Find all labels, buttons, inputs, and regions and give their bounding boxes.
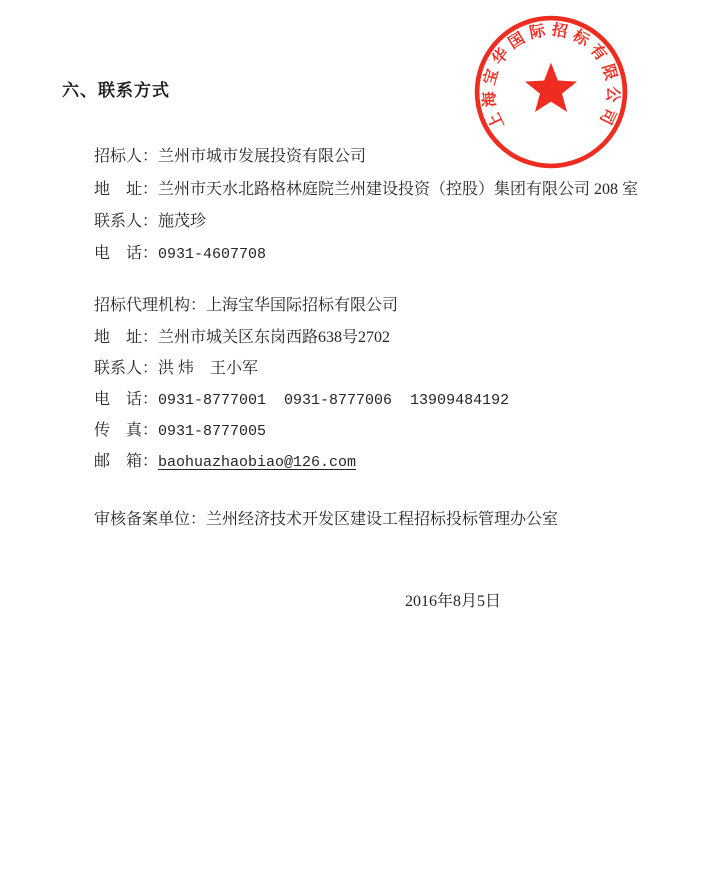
- tenderer-phone: 0931-4607708: [158, 246, 266, 263]
- field-label: 邮 箱：: [94, 453, 158, 470]
- seal-star-icon: [525, 63, 577, 112]
- agency-contact-row: 联系人：洪 炜 王小军: [78, 339, 258, 361]
- field-label: 电 话：: [94, 245, 158, 262]
- section-heading: 六、联系方式: [62, 76, 170, 101]
- agency-address-row: 地 址：兰州市城关区东岗西路638号2702: [78, 308, 390, 330]
- document-page: 六、联系方式 上海宝华国际招标有限公司 招标人：兰州市城市发展投资有限公司 地 …: [0, 0, 704, 886]
- agency-phone-row: 电 话：0931-8777001 0931-8777006 1390948419…: [78, 370, 509, 392]
- agency-row: 招标代理机构：上海宝华国际招标有限公司: [78, 276, 398, 298]
- tenderer-address-row: 地 址：兰州市天水北路格林庭院兰州建设投资（控股）集团有限公司 208 室: [78, 160, 638, 182]
- tenderer-row: 招标人：兰州市城市发展投资有限公司: [78, 127, 366, 149]
- document-date: 2016年8月5日: [405, 588, 501, 611]
- tenderer-phone-row: 电 话：0931-4607708: [78, 224, 266, 246]
- tenderer-contact-row: 联系人：施茂珍: [78, 192, 206, 214]
- tenderer-address: 兰州市天水北路格林庭院兰州建设投资（控股）集团有限公司 208 室: [158, 181, 638, 198]
- field-label: 审核备案单位：: [94, 511, 206, 528]
- company-seal-stamp: 上海宝华国际招标有限公司: [470, 11, 632, 173]
- agency-email-row: 邮 箱：baohuazhaobiao@126.com: [78, 432, 356, 454]
- review-authority-name: 兰州经济技术开发区建设工程招标投标管理办公室: [206, 511, 558, 528]
- agency-email: baohuazhaobiao@126.com: [158, 454, 356, 471]
- review-authority-row: 审核备案单位：兰州经济技术开发区建设工程招标投标管理办公室: [78, 490, 558, 512]
- agency-fax-row: 传 真：0931-8777005: [78, 401, 266, 423]
